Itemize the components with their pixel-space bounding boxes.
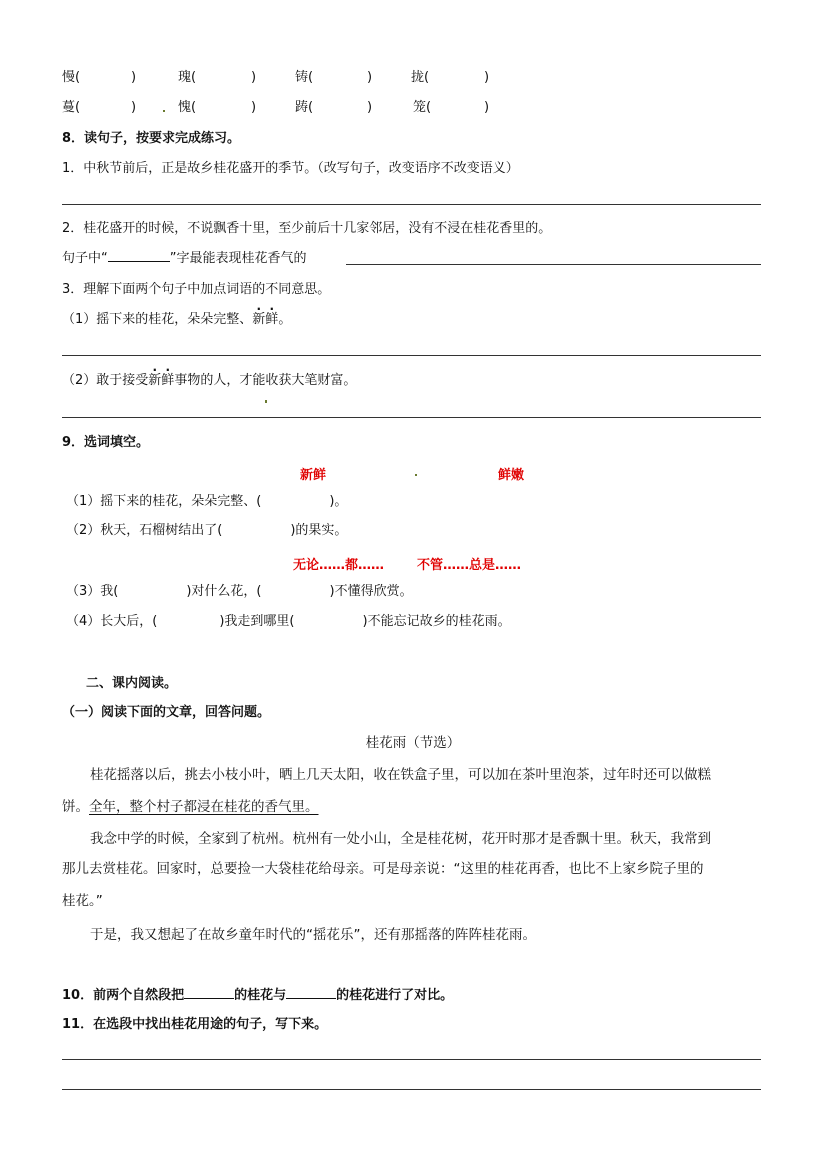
sentence-text: （4）长大后，( xyxy=(66,614,157,629)
sentence-text: )不能忘记故乡的桂花雨。 xyxy=(363,614,511,629)
char: 拢 xyxy=(411,70,424,85)
question-text: 的桂花与 xyxy=(234,988,286,1003)
paren-close: ) xyxy=(251,99,256,117)
emphasized-char: 新 xyxy=(148,372,161,390)
pinyin-item: 铸( xyxy=(295,69,313,87)
word-option: 鲜嫩 xyxy=(498,464,524,483)
answer-line[interactable] xyxy=(62,355,761,356)
stray-dot xyxy=(163,110,165,112)
pinyin-item: 愧( xyxy=(178,99,196,117)
pinyin-item: 慢( xyxy=(62,69,80,87)
answer-line[interactable] xyxy=(346,264,761,265)
paren-open: ( xyxy=(308,70,313,85)
char: 愧 xyxy=(178,100,191,115)
q8-title: 8．读句子，按要求完成练习。 xyxy=(62,130,240,148)
pinyin-item: 蔓( xyxy=(62,99,80,117)
underlined-sentence: 全年，整个村子都浸在桂花的香气里。 xyxy=(89,799,319,815)
q8-item2: 2．桂花盛开的时候，不说飘香十里，至少前后十几家邻居，没有不浸在桂花香里的。 xyxy=(62,220,551,238)
q9-item3: （3）我()对什么花，()不懂得欣赏。 xyxy=(66,583,413,601)
prompt-text: 句子中“ xyxy=(62,251,108,266)
sentence-text: 事物的人，才能收获大笔财富。 xyxy=(174,373,356,388)
paren-close: ) xyxy=(251,69,256,87)
q8-sub1: （1）摇下来的桂花，朵朵完整、新鲜。 xyxy=(62,311,291,329)
passage-line: 饼。全年，整个村子都浸在桂花的香气里。 xyxy=(62,797,319,817)
stray-dot xyxy=(415,474,417,476)
paren-open: ( xyxy=(75,70,80,85)
sentence-text: （1）摇下来的桂花，朵朵完整、 xyxy=(62,312,252,327)
char: 蔓 xyxy=(62,100,75,115)
char: 笼 xyxy=(413,100,426,115)
paren-open: ( xyxy=(308,100,313,115)
passage-line: 桂花摇落以后，挑去小枝小叶，晒上几天太阳，收在铁盒子里，可以加在茶叶里泡茶，过年… xyxy=(90,765,711,785)
fill-blank[interactable] xyxy=(108,249,170,262)
sentence-text: )不懂得欣赏。 xyxy=(330,584,413,599)
sentence-text: )我走到哪里( xyxy=(219,614,294,629)
char: 瑰 xyxy=(178,70,191,85)
q8-item3: 3．理解下面两个句子中加点词语的不同意思。 xyxy=(62,281,330,299)
stray-dot xyxy=(265,400,267,403)
passage-line: 我念中学的时候，全家到了杭州。杭州有一处小山，全是桂花树，花开时那才是香飘十里。… xyxy=(90,829,711,849)
answer-line[interactable] xyxy=(62,1089,761,1090)
q8-item1: 1．中秋节前后，正是故乡桂花盛开的季节。（改写句子，改变语序不改变语义） xyxy=(62,160,519,178)
q9-item1: （1）摇下来的桂花，朵朵完整、()。 xyxy=(66,493,347,511)
fill-blank[interactable] xyxy=(184,986,234,999)
pinyin-item: 踌( xyxy=(295,99,313,117)
sentence-text: )对什么花，( xyxy=(186,584,261,599)
section-subtitle: （一）阅读下面的文章，回答问题。 xyxy=(62,704,270,722)
answer-line[interactable] xyxy=(62,1059,761,1060)
word-option: 无论……都…… xyxy=(293,554,384,573)
sentence-text: )的果实。 xyxy=(290,523,347,538)
char: 铸 xyxy=(295,70,308,85)
q9-item2: （2）秋天，石榴树结出了()的果实。 xyxy=(66,522,347,540)
passage-line: 那儿去赏桂花。回家时，总要捡一大袋桂花给母亲。可是母亲说：“这里的桂花再香，也比… xyxy=(62,859,704,879)
paren-close: ) xyxy=(131,99,136,117)
sentence-text: （2）敢于接受 xyxy=(62,373,148,388)
paren-close: ) xyxy=(367,69,372,87)
q8-sub2: （2）敢于接受新鲜事物的人，才能收获大笔财富。 xyxy=(62,372,356,390)
paren-close: ) xyxy=(131,69,136,87)
section-title: 二、课内阅读。 xyxy=(86,675,177,693)
answer-line[interactable] xyxy=(62,204,761,205)
paren-close: ) xyxy=(484,69,489,87)
word-option: 新鲜 xyxy=(300,464,326,483)
char: 踌 xyxy=(295,100,308,115)
sentence-text: )。 xyxy=(329,494,347,509)
paren-open: ( xyxy=(191,100,196,115)
passage-line: 于是，我又想起了在故乡童年时代的“摇花乐”，还有那摇落的阵阵桂花雨。 xyxy=(90,925,536,945)
emphasized-char: 新 xyxy=(252,311,265,329)
emphasized-char: 鲜 xyxy=(265,311,278,329)
sentence-text: 。 xyxy=(278,312,291,327)
fill-blank[interactable] xyxy=(286,986,336,999)
paren-open: ( xyxy=(426,100,431,115)
char: 慢 xyxy=(62,70,75,85)
paren-open: ( xyxy=(75,100,80,115)
q8-item2-prompt: 句子中“”字最能表现桂花香气的 xyxy=(62,249,307,268)
word-option: 不管……总是…… xyxy=(417,554,521,573)
pinyin-item: 瑰( xyxy=(178,69,196,87)
passage-title: 桂花雨（节选） xyxy=(0,733,826,753)
question-text: 10．前两个自然段把 xyxy=(62,988,184,1003)
paren-close: ) xyxy=(367,99,372,117)
answer-line[interactable] xyxy=(62,417,761,418)
sentence-text: （1）摇下来的桂花，朵朵完整、( xyxy=(66,494,261,509)
prompt-text: ”字最能表现桂花香气的 xyxy=(170,251,307,266)
q9-title: 9．选词填空。 xyxy=(62,434,149,452)
emphasized-char: 鲜 xyxy=(161,372,174,390)
q10: 10．前两个自然段把的桂花与的桂花进行了对比。 xyxy=(62,986,453,1005)
q9-item4: （4）长大后，()我走到哪里()不能忘记故乡的桂花雨。 xyxy=(66,613,511,631)
q11-title: 11．在选段中找出桂花用途的句子，写下来。 xyxy=(62,1016,327,1034)
pinyin-item: 拢( xyxy=(411,69,429,87)
sentence-text: （3）我( xyxy=(66,584,118,599)
pinyin-item: 笼( xyxy=(413,99,431,117)
paren-open: ( xyxy=(424,70,429,85)
passage-text: 饼。 xyxy=(62,799,89,815)
paren-open: ( xyxy=(191,70,196,85)
question-text: 的桂花进行了对比。 xyxy=(336,988,453,1003)
paren-close: ) xyxy=(484,99,489,117)
sentence-text: （2）秋天，石榴树结出了( xyxy=(66,523,222,538)
passage-line: 桂花。” xyxy=(62,891,103,911)
